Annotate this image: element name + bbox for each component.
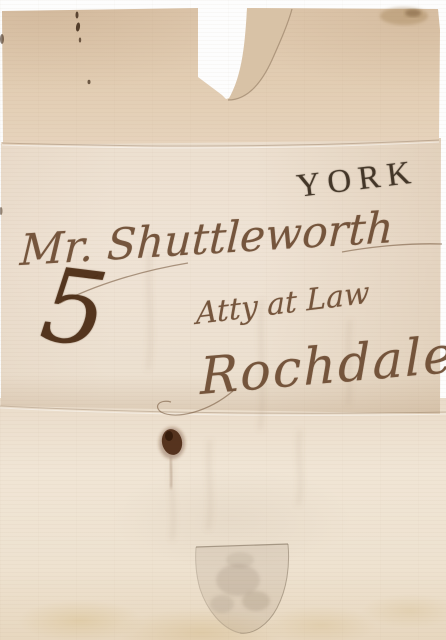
fold-crease-lower	[0, 406, 446, 415]
notch-under-flap	[228, 9, 292, 100]
fold-crease-upper	[2, 140, 439, 148]
stain-top-right	[380, 7, 428, 25]
letter-photo: YORK 5 Mr. Shuttleworth Atty at Law Roch…	[0, 0, 446, 640]
wax-seal-show-through	[196, 544, 289, 633]
ink-blot	[159, 427, 185, 488]
ink-specks	[0, 12, 91, 216]
